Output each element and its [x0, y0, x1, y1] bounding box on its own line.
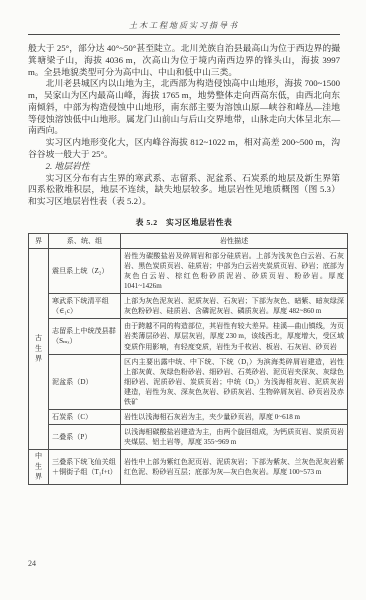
series-cell: 三叠系下统飞仙关组＋铜街子组（T₁f+t） — [49, 450, 121, 485]
era-cell-mesozoic: 中生界 — [29, 450, 49, 485]
column-header-lithology: 岩性描述 — [121, 233, 348, 248]
running-header-title: 土木工程地质实习指导书 — [28, 20, 340, 35]
table-row: 志留系上中统茂县群（Sₘₓ） 由于跨越不同的构造部位，其岩性有较大差异。桂溪—曲… — [29, 319, 348, 354]
paragraph: 般大于 25°，部分达 40°~50°甚至陡立。北川羌族自治县最高山为位于西边界… — [28, 43, 340, 78]
column-header-era: 界 — [29, 233, 49, 248]
table-caption: 表 5.2 实习区地层岩性表 — [28, 217, 340, 228]
document-page: 土木工程地质实习指导书 般大于 25°，部分达 40°~50°甚至陡立。北川羌族… — [0, 0, 366, 485]
lithology-cell: 岩性中上部为紫红色泥页岩、泥质灰岩；下部为紫灰、兰灰色泥灰岩紫红色泥、粉砂岩互层… — [121, 450, 348, 485]
lithology-cell: 岩性以浅海相石灰岩为主，夹少量砂页岩，厚度 0~618 m — [121, 409, 348, 424]
section-heading: 2. 地层岩性 — [28, 161, 340, 173]
lithology-cell: 由于跨越不同的构造部位，其岩性有较大差异。桂溪—曲山镇线，为页岩类薄层砂岩、厚层… — [121, 319, 348, 354]
table-row: 二叠系（P） 以浅海相碳酸盐岩建造为主，由两个旋回组成，为钙质页岩、炭质页岩夹煤… — [29, 424, 348, 449]
page-number: 24 — [28, 559, 36, 568]
lithology-table: 界 系、统、组 岩性描述 古生界 震旦系上统（Z₂） 岩性为碳酸盐岩及碎屑岩和部… — [28, 233, 348, 485]
series-cell: 震旦系上统（Z₂） — [49, 249, 121, 294]
series-cell: 泥盆系（D） — [49, 354, 121, 409]
table-row: 中生界 三叠系下统飞仙关组＋铜街子组（T₁f+t） 岩性中上部为紫红色泥页岩、泥… — [29, 450, 348, 485]
paragraph: 实习区分布有古生界的寒武系、志留系、泥盆系、石炭系的地层及新生界第四系松散堆积层… — [28, 173, 340, 208]
lithology-cell: 岩性为碳酸盐岩及碎屑岩和部分硅质岩。上部为浅灰色白云岩、石灰岩、黑色炭质页岩、硅… — [121, 249, 348, 294]
table-row: 泥盆系（D） 区内主要出露中统、中下统、下统（D₁）为滨海类碎屑岩建造，岩性上部… — [29, 354, 348, 409]
era-cell-paleozoic: 古生界 — [29, 249, 49, 450]
paragraph: 北川老县城区内以山地为主，北西部为构造侵蚀高中山地形，海拔 700~1500 m… — [28, 78, 340, 137]
series-cell: 石炭系（C） — [49, 409, 121, 424]
body-text: 般大于 25°，部分达 40°~50°甚至陡立。北川羌族自治县最高山为位于西边界… — [28, 43, 340, 208]
table-row: 石炭系（C） 岩性以浅海相石灰岩为主，夹少量砂页岩，厚度 0~618 m — [29, 409, 348, 424]
paragraph: 实习区内地形变化大，区内峰谷海拔 812~1022 m，相对高差 200~500… — [28, 137, 340, 161]
series-cell: 二叠系（P） — [49, 424, 121, 449]
column-header-series: 系、统、组 — [49, 233, 121, 248]
table-row: 古生界 震旦系上统（Z₂） 岩性为碳酸盐岩及碎屑岩和部分硅质岩。上部为浅灰色白云… — [29, 249, 348, 294]
series-cell: 寒武系下统清平组（∈₁c） — [49, 294, 121, 319]
table-row: 寒武系下统清平组（∈₁c） 上部为灰色泥灰岩、泥质灰岩、石灰岩；下部为灰色、暗紫… — [29, 294, 348, 319]
lithology-cell: 上部为灰色泥灰岩、泥质灰岩、石灰岩；下部为灰色、暗紫、暗灰绿深灰色粉砂岩、硅质岩… — [121, 294, 348, 319]
series-cell: 志留系上中统茂县群（Sₘₓ） — [49, 319, 121, 354]
lithology-cell: 区内主要出露中统、中下统、下统（D₁）为滨海类碎屑岩建造，岩性上部灰黄、灰绿色粉… — [121, 354, 348, 409]
lithology-cell: 以浅海相碳酸盐岩建造为主，由两个旋回组成，为钙质页岩、炭质页岩夹煤层、铝土岩等，… — [121, 424, 348, 449]
table-header-row: 界 系、统、组 岩性描述 — [29, 233, 348, 248]
